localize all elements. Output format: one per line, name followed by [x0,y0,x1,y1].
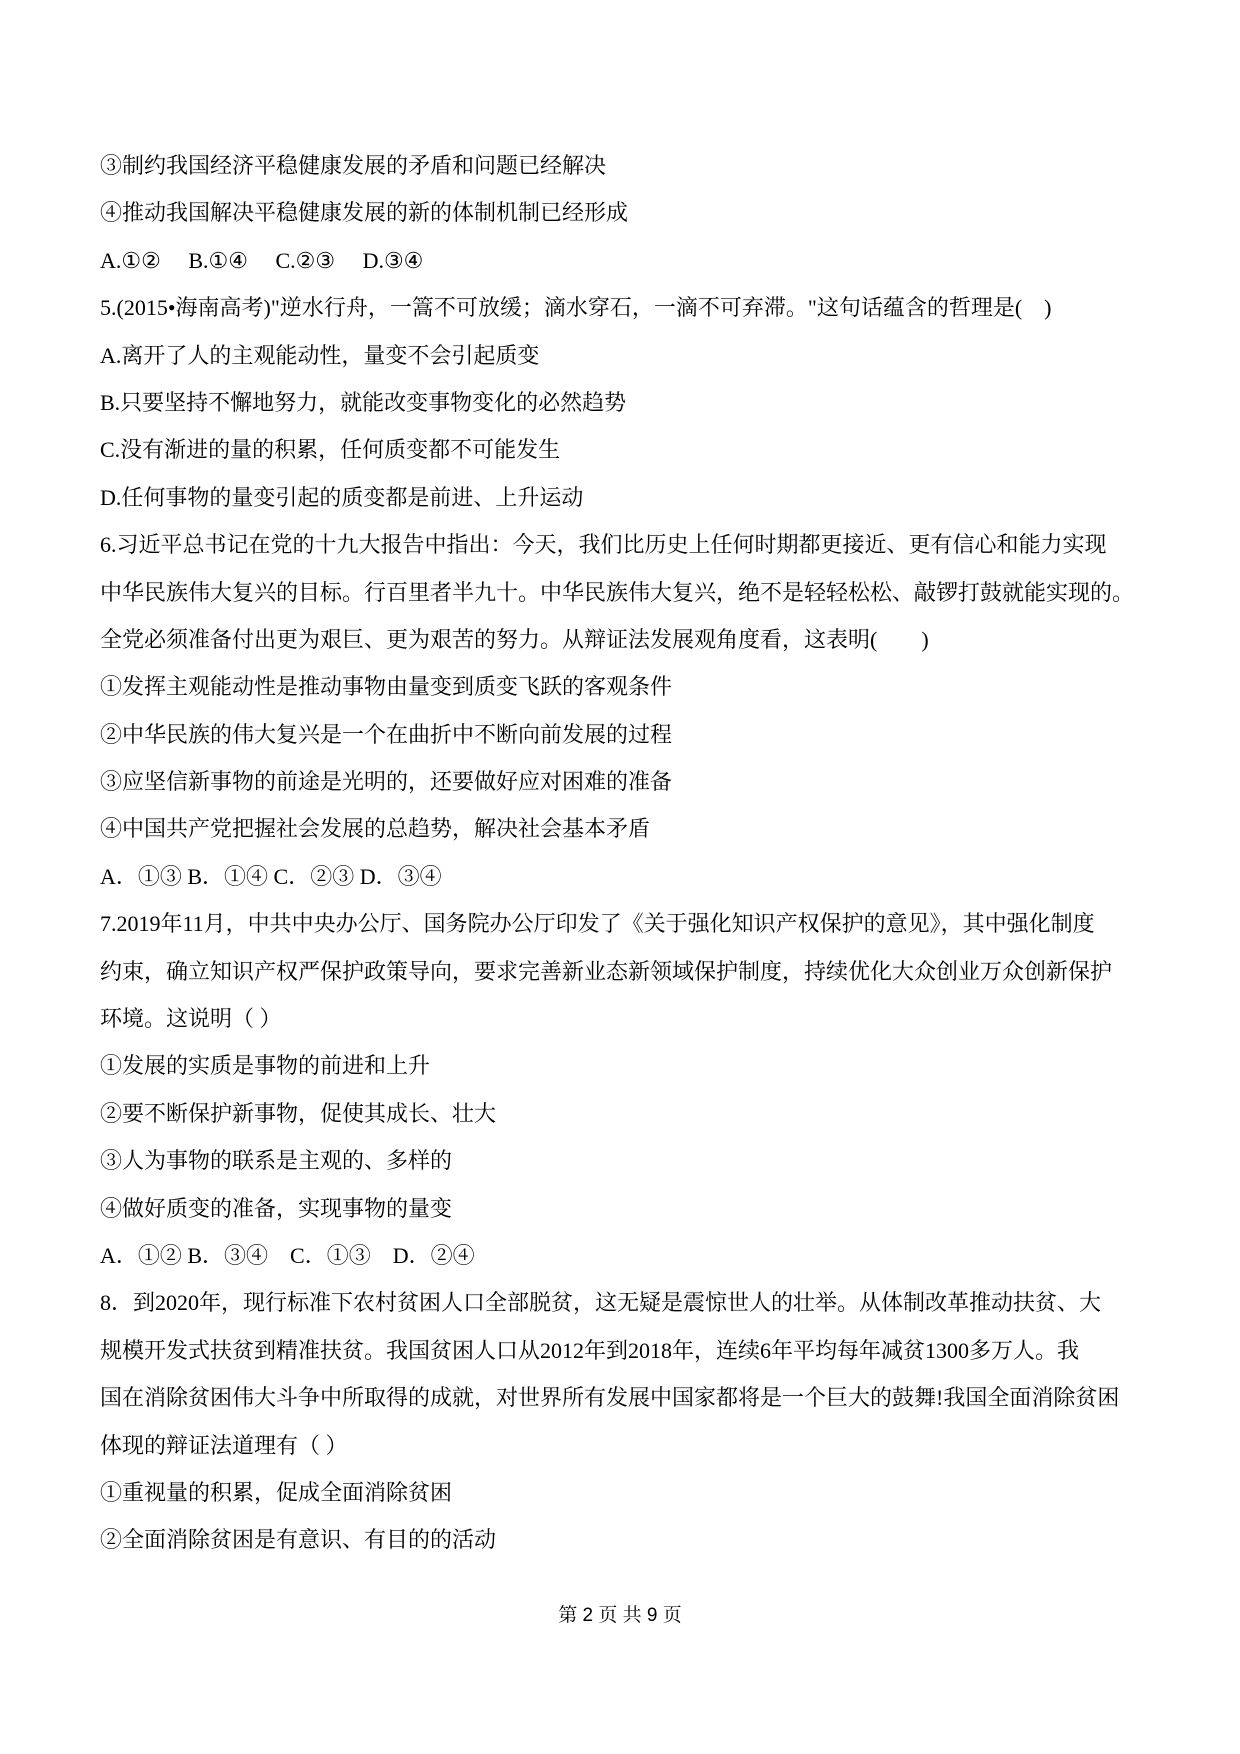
question-line: 约束，确立知识产权严保护政策导向，要求完善新业态新领域保护制度，持续优化大众创业… [100,948,1140,995]
statement-line: ①发展的实质是事物的前进和上升 [100,1042,1140,1089]
statement-line: ②全面消除贫困是有意识、有目的的活动 [100,1516,1140,1563]
option-line: D.任何事物的量变引起的质变都是前进、上升运动 [100,474,1140,521]
question-line: 规模开发式扶贫到精准扶贫。我国贫困人口从2012年到2018年，连续6年平均每年… [100,1327,1140,1374]
statement-line: ②要不断保护新事物，促使其成长、壮大 [100,1090,1140,1137]
option-line: C.没有渐进的量的积累，任何质变都不可能发生 [100,426,1140,473]
question-line: 中华民族伟大复兴的目标。行百里者半九十。中华民族伟大复兴，绝不是轻轻松松、敲锣打… [100,569,1140,616]
option-line: B.只要坚持不懈地努力，就能改变事物变化的必然趋势 [100,379,1140,426]
text-line: ④推动我国解决平稳健康发展的新的体制机制已经形成 [100,189,1140,236]
question-line: 6.习近平总书记在党的十九大报告中指出：今天，我们比历史上任何时期都更接近、更有… [100,521,1140,568]
document-body: ③制约我国经济平稳健康发展的矛盾和问题已经解决 ④推动我国解决平稳健康发展的新的… [100,142,1140,1564]
answer-options-line: A．①② B．③④ C．①③ D．②④ [100,1232,1140,1279]
question-line: 体现的辩证法道理有（ ） [100,1422,1140,1469]
text-line: ③制约我国经济平稳健康发展的矛盾和问题已经解决 [100,142,1140,189]
statement-line: ②中华民族的伟大复兴是一个在曲折中不断向前发展的过程 [100,711,1140,758]
answer-options-line: A.①② B.①④ C.②③ D.③④ [100,237,1140,284]
statement-line: ④中国共产党把握社会发展的总趋势，解决社会基本矛盾 [100,805,1140,852]
page-number: 第 2 页 共 9 页 [0,1603,1240,1629]
question-line: 8．到2020年，现行标准下农村贫困人口全部脱贫，这无疑是震惊世人的壮举。从体制… [100,1279,1140,1326]
question-line: 5.(2015•海南高考)"逆水行舟，一篙不可放缓；滴水穿石，一滴不可弃滞。"这… [100,284,1140,331]
question-line: 国在消除贫困伟大斗争中所取得的成就，对世界所有发展中国家都将是一个巨大的鼓舞!我… [100,1374,1140,1421]
statement-line: ③应坚信新事物的前途是光明的，还要做好应对困难的准备 [100,758,1140,805]
question-line: 7.2019年11月，中共中央办公厅、国务院办公厅印发了《关于强化知识产权保护的… [100,900,1140,947]
statement-line: ③人为事物的联系是主观的、多样的 [100,1137,1140,1184]
question-line: 全党必须准备付出更为艰巨、更为艰苦的努力。从辩证法发展观角度看，这表明( ) [100,616,1140,663]
answer-options-line: A．①③ B．①④ C．②③ D．③④ [100,853,1140,900]
question-line: 环境。这说明（ ） [100,995,1140,1042]
statement-line: ①重视量的积累，促成全面消除贫困 [100,1469,1140,1516]
document-page: ③制约我国经济平稳健康发展的矛盾和问题已经解决 ④推动我国解决平稳健康发展的新的… [0,0,1240,1754]
statement-line: ①发挥主观能动性是推动事物由量变到质变飞跃的客观条件 [100,663,1140,710]
statement-line: ④做好质变的准备，实现事物的量变 [100,1185,1140,1232]
option-line: A.离开了人的主观能动性，量变不会引起质变 [100,332,1140,379]
